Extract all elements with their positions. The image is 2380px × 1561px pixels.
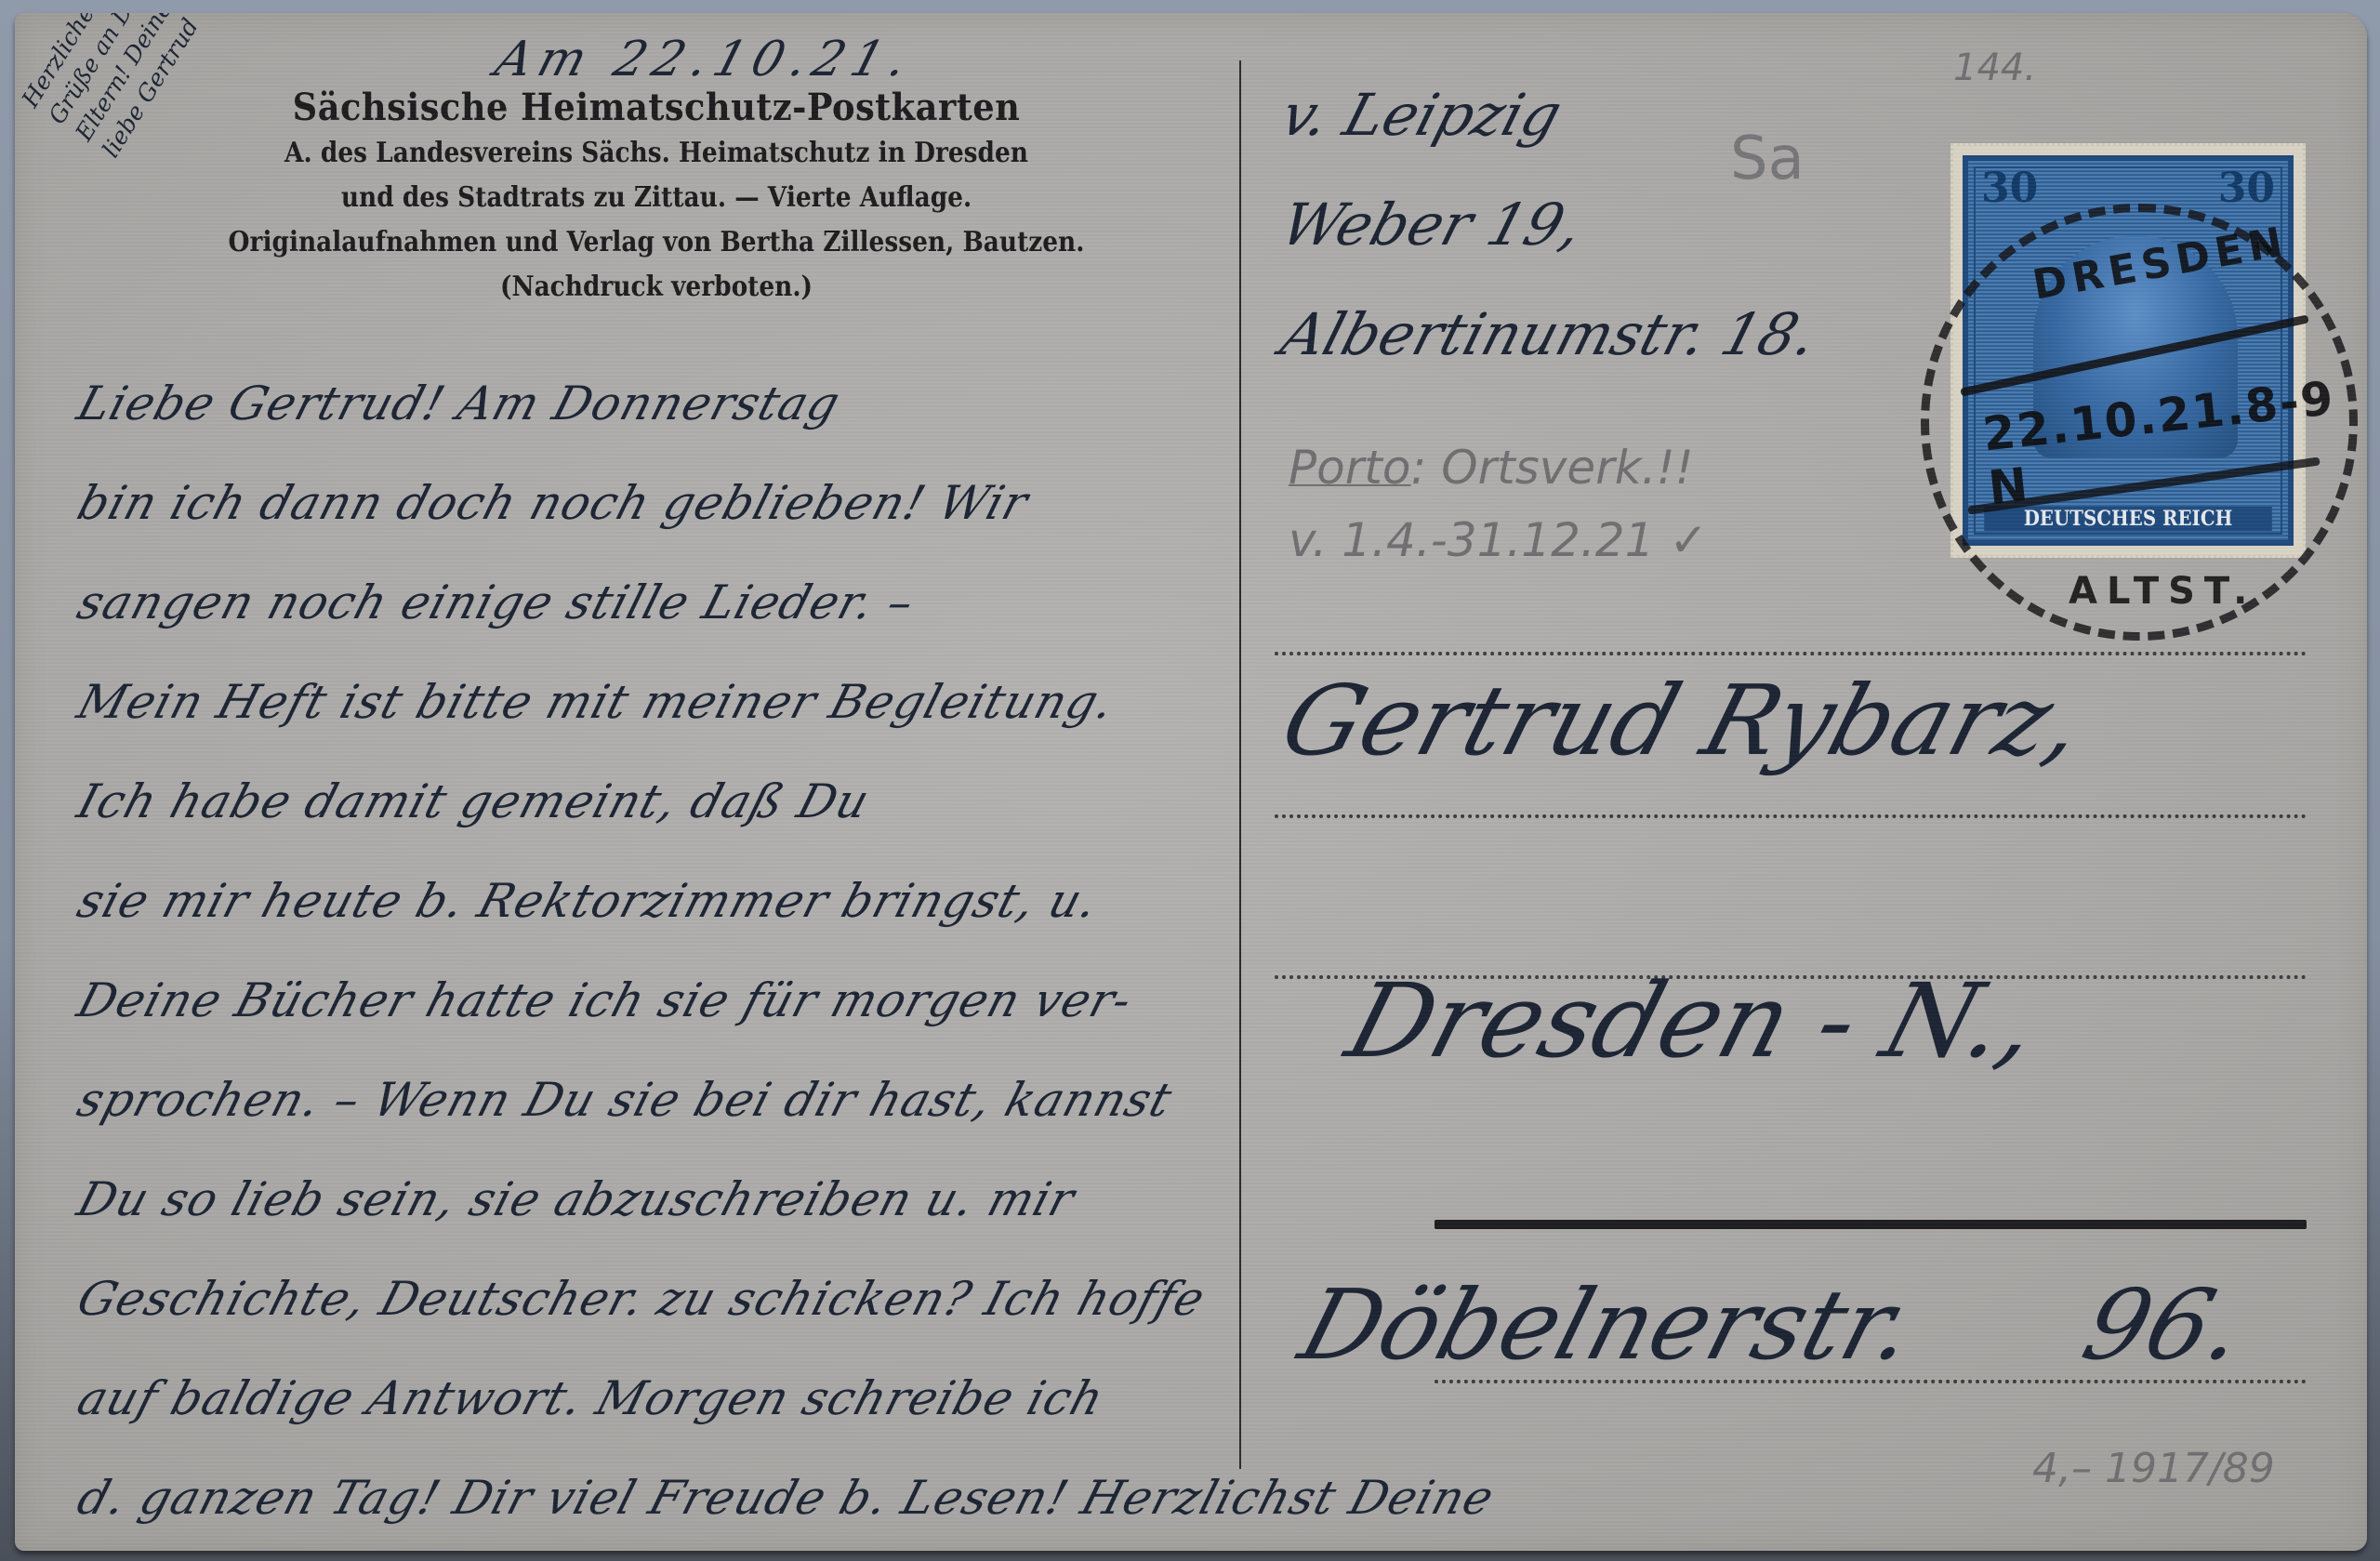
porto-line: Porto: Ortsverk.!! (1289, 431, 1708, 504)
message-line: sangen noch einige stille Lieder. – (61, 565, 1262, 665)
imprint-title: Sächsische Heimatschutz-Postkarten (152, 86, 1161, 129)
street-name: Döbelnerstr. (1289, 1268, 1927, 1382)
message-line: auf baldige Antwort. Morgen schreibe ich (61, 1361, 1262, 1461)
porto-value: : Ortsverk.!! (1411, 441, 1694, 495)
imprint-line: Originalaufnahmen und Verlag von Bertha … (174, 224, 1139, 261)
pencil-porto-note: Porto: Ortsverk.!! v. 1.4.-31.12.21 ✓ (1289, 431, 1708, 576)
house-number: 96. (2071, 1268, 2257, 1382)
stamp-value: 30 (2218, 165, 2275, 212)
message-body: Liebe Gertrud! Am Donnerstag bin ich dan… (61, 366, 1233, 1551)
postmark: DRESDEN 22.10.21.8-9 N ALTST. (1921, 204, 2358, 641)
postmark-city: DRESDEN (2030, 218, 2292, 309)
handwritten-date: Am 22.10.21. (489, 32, 921, 87)
recipient-city: Dresden - N., (1335, 961, 2053, 1080)
sender-address: v. Leipzig Weber 19, Albertinumstr. 18. (1265, 69, 1823, 398)
imprint-copyright: (Nachdruck verboten.) (174, 269, 1139, 306)
message-line: sie mir heute b. Rektorzimmer bringst, u… (61, 864, 1262, 963)
publisher-imprint: Sächsische Heimatschutz-Postkarten A. de… (108, 86, 1205, 313)
message-line: Du so lieb sein, sie abzuschreiben u. mi… (61, 1162, 1262, 1262)
pencil-catalog-note: 4,– 1917/89 (2032, 1445, 2275, 1492)
postmark-district: ALTST. (2069, 570, 2256, 613)
porto-label: Porto (1289, 441, 1411, 495)
imprint-line: A. des Landesvereins Sächs. Heimatschutz… (174, 135, 1139, 172)
message-line: sprochen. – Wenn Du sie bei dir hast, ka… (61, 1063, 1262, 1162)
porto-period: v. 1.4.-31.12.21 ✓ (1289, 504, 1708, 576)
sender-line: Albertinumstr. 18. (1265, 288, 1855, 398)
message-line: Deine Bücher hatte ich sie für morgen ve… (61, 963, 1262, 1063)
address-underline-bold (1435, 1220, 2307, 1229)
message-line: Ich habe damit gemeint, daß Du (61, 764, 1262, 864)
message-line: Liebe Gertrud! Am Donnerstag (61, 366, 1262, 466)
message-line: bin ich dann doch noch geblieben! Wir (61, 466, 1262, 565)
imprint-line: und des Stadtrats zu Zittau. — Vierte Au… (174, 179, 1139, 217)
stamp-value: 30 (1981, 165, 2038, 212)
address-guide-line (1275, 814, 2307, 818)
pencil-region-code: Sa (1730, 125, 1805, 193)
recipient-street: Döbelnerstr.96. (1289, 1268, 2258, 1382)
postmark-date: 22.10.21.8-9 N (1980, 370, 2354, 515)
pencil-number: 144. (1953, 46, 2036, 89)
center-divider (1239, 60, 1241, 1469)
message-line: Mein Heft ist bitte mit meiner Begleitun… (61, 665, 1262, 764)
message-line: Geschichte, Deutscher. zu schicken? Ich … (61, 1262, 1262, 1361)
sender-line: Weber 19, (1265, 179, 1855, 288)
recipient-name: Gertrud Rybarz, (1270, 664, 2096, 777)
message-line: d. ganzen Tag! Dir viel Freude b. Lesen!… (61, 1461, 1262, 1551)
address-guide-line (1275, 652, 2307, 655)
postcard: Herzliche Grüße an Deine Eltern! Deine l… (15, 13, 2367, 1551)
